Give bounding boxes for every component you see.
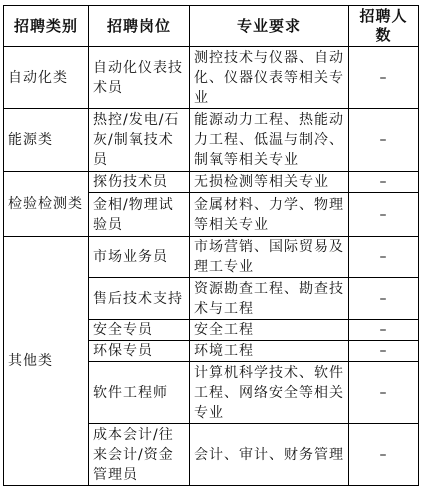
- major-cell: 测控技术与仪器、自动化、仪器仪表等相关专业: [190, 47, 349, 109]
- count-cell: –: [349, 341, 419, 362]
- count-cell: –: [349, 109, 419, 172]
- position-cell: 安全专员: [89, 320, 190, 341]
- count-cell: –: [349, 278, 419, 320]
- position-cell: 环保专员: [89, 341, 190, 362]
- count-cell: –: [349, 424, 419, 486]
- major-cell: 能源动力工程、热能动力工程、低温与制冷、制氧等相关专业: [190, 109, 349, 172]
- count-cell: –: [349, 362, 419, 424]
- table-row: 检验检测类 探伤技术员 无损检测等相关专业 –: [4, 172, 419, 193]
- major-cell: 无损检测等相关专业: [190, 172, 349, 193]
- table-header-row: 招聘类别 招聘岗位 专业要求 招聘人数: [4, 6, 419, 47]
- table-row: 自动化类 自动化仪表技术员 测控技术与仪器、自动化、仪器仪表等相关专业 –: [4, 47, 419, 109]
- category-cell: 能源类: [4, 109, 89, 172]
- position-cell: 热控/发电/石灰/制氧技术员: [89, 109, 190, 172]
- major-cell: 资源勘查工程、勘查技术与工程: [190, 278, 349, 320]
- major-cell: 环境工程: [190, 341, 349, 362]
- header-category: 招聘类别: [4, 6, 89, 47]
- count-cell: –: [349, 172, 419, 193]
- category-cell: 自动化类: [4, 47, 89, 109]
- major-cell: 会计、审计、财务管理: [190, 424, 349, 486]
- category-cell: 其他类: [4, 237, 89, 486]
- position-cell: 成本会计/往来会计/资金管理员: [89, 424, 190, 486]
- category-cell: 检验检测类: [4, 172, 89, 237]
- count-cell: –: [349, 193, 419, 237]
- position-cell: 自动化仪表技术员: [89, 47, 190, 109]
- position-cell: 探伤技术员: [89, 172, 190, 193]
- major-cell: 计算机科学技术、软件工程、网络安全等相关专业: [190, 362, 349, 424]
- count-cell: –: [349, 320, 419, 341]
- major-cell: 市场营销、国际贸易及理工专业: [190, 237, 349, 278]
- position-cell: 金相/物理试验员: [89, 193, 190, 237]
- header-count: 招聘人数: [349, 6, 419, 47]
- position-cell: 售后技术支持: [89, 278, 190, 320]
- major-cell: 安全工程: [190, 320, 349, 341]
- count-cell: –: [349, 237, 419, 278]
- table-row: 其他类 市场业务员 市场营销、国际贸易及理工专业 –: [4, 237, 419, 278]
- position-cell: 软件工程师: [89, 362, 190, 424]
- major-cell: 金属材料、力学、物理等相关专业: [190, 193, 349, 237]
- header-major: 专业要求: [190, 6, 349, 47]
- count-cell: –: [349, 47, 419, 109]
- position-cell: 市场业务员: [89, 237, 190, 278]
- recruitment-table: 招聘类别 招聘岗位 专业要求 招聘人数 自动化类 自动化仪表技术员 测控技术与仪…: [3, 5, 419, 486]
- table-row: 能源类 热控/发电/石灰/制氧技术员 能源动力工程、热能动力工程、低温与制冷、制…: [4, 109, 419, 172]
- header-position: 招聘岗位: [89, 6, 190, 47]
